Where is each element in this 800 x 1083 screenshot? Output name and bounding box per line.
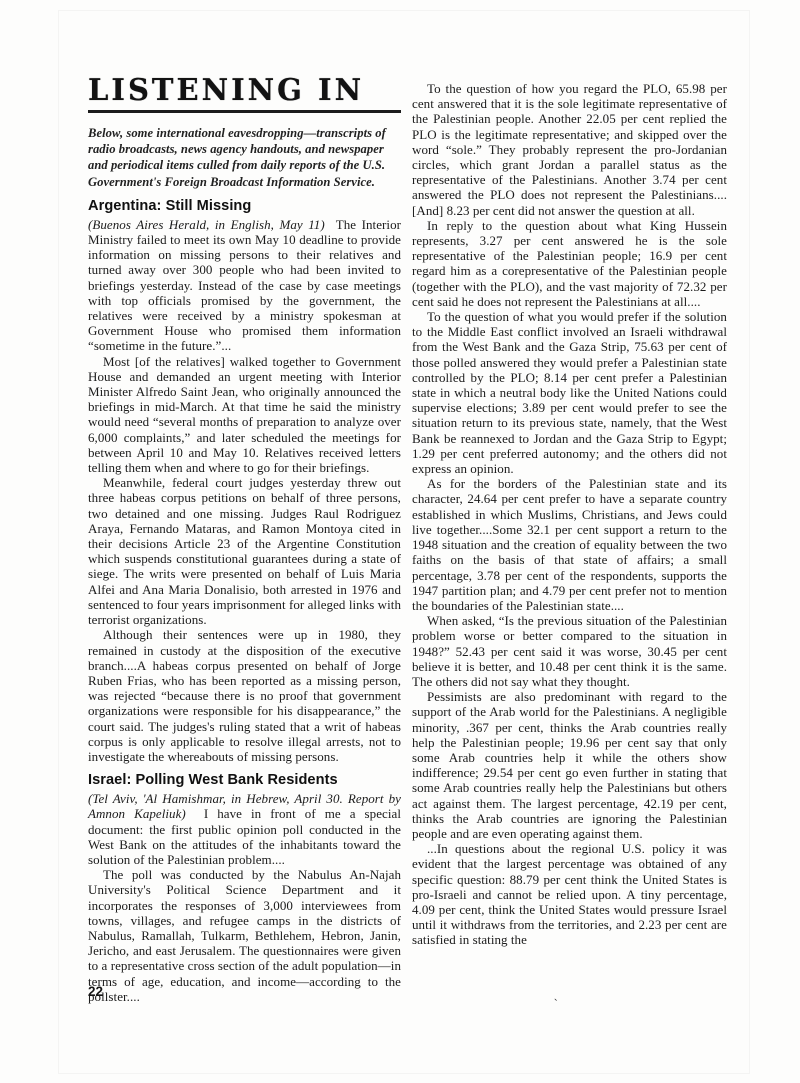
poll-1948-comparison-paragraph: When asked, “Is the previous situation o… [412,613,727,689]
page-number: 22 [88,984,103,999]
argentina-paragraph-2: Most [of the relatives] walked together … [88,354,401,476]
poll-arab-support-paragraph: Pessimists are also predominant with reg… [412,689,727,841]
poll-withdrawal-preference-paragraph: To the question of what you would prefer… [412,309,727,476]
scan-artifact-mark: ` [552,996,559,1012]
israel-paragraph-1: (Tel Aviv, 'Al Hamishmar, in Hebrew, Apr… [88,791,401,867]
israel-paragraph-2: The poll was conducted by the Nabulus An… [88,867,401,1004]
argentina-paragraph-4: Although their sentences were up in 1980… [88,627,401,764]
argentina-paragraph-1: (Buenos Aires Herald, in English, May 11… [88,217,401,354]
argentina-paragraph-1-text: The Interior Ministry failed to meet its… [88,217,401,354]
section-heading-israel: Israel: Polling West Bank Residents [88,772,401,789]
column-intro-blurb: Below, some international eavesdropping—… [88,125,401,190]
scanned-magazine-page: { "masthead": { "title": "LISTENING IN" … [0,0,800,1083]
argentina-paragraph-3: Meanwhile, federal court judges yesterda… [88,475,401,627]
poll-plo-regard-paragraph: To the question of how you regard the PL… [412,81,727,218]
left-column: LISTENING IN Below, some international e… [88,74,401,1004]
right-column: To the question of how you regard the PL… [412,81,727,948]
column-masthead-title: LISTENING IN [88,74,401,105]
poll-king-hussein-paragraph: In reply to the question about what King… [412,218,727,309]
masthead-rule [88,110,401,113]
argentina-source-attribution: (Buenos Aires Herald, in English, May 11… [88,217,336,232]
section-heading-argentina: Argentina: Still Missing [88,198,401,215]
poll-borders-paragraph: As for the borders of the Palestinian st… [412,476,727,613]
poll-us-policy-paragraph: ...In questions about the regional U.S. … [412,841,727,947]
